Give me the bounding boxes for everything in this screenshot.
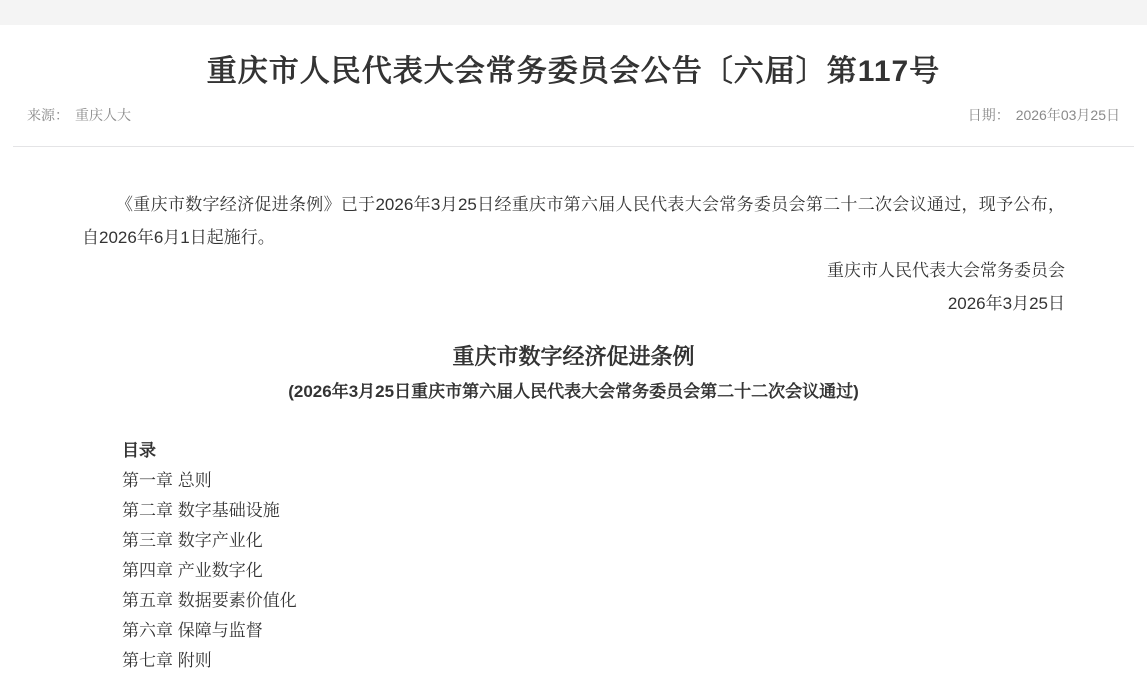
- toc-heading: 目录: [122, 436, 1065, 466]
- source-label: 来源：: [27, 105, 69, 125]
- toc-list: 第一章 总则 第二章 数字基础设施 第三章 数字产业化 第四章 产业数字化 第五…: [122, 466, 1065, 676]
- toc-item-chapter-5: 第五章 数据要素价值化: [122, 586, 1065, 616]
- table-of-contents: 目录 第一章 总则 第二章 数字基础设施 第三章 数字产业化 第四章 产业数字化…: [122, 436, 1065, 676]
- meta-row: 来源： 重庆人大 日期： 2026年03月25日: [0, 105, 1147, 125]
- toc-item-chapter-4: 第四章 产业数字化: [122, 556, 1065, 586]
- date-info: 日期： 2026年03月25日: [968, 105, 1120, 125]
- top-bar: [0, 0, 1147, 25]
- signature-date: 2026年3月25日: [82, 287, 1065, 320]
- announcement-paragraph: 《重庆市数字经济促进条例》已于2026年3月25日经重庆市第六届人民代表大会常务…: [82, 188, 1065, 254]
- toc-item-chapter-6: 第六章 保障与监督: [122, 616, 1065, 646]
- page-title: 重庆市人民代表大会常务委员会公告〔六届〕第117号: [0, 52, 1147, 92]
- regulation-subtitle: (2026年3月25日重庆市第六届人民代表大会常务委员会第二十二次会议通过): [82, 379, 1065, 405]
- regulation-title: 重庆市数字经济促进条例: [82, 342, 1065, 372]
- header-divider: [13, 146, 1134, 147]
- toc-item-chapter-2: 第二章 数字基础设施: [122, 496, 1065, 526]
- signature-block: 重庆市人民代表大会常务委员会 2026年3月25日: [82, 254, 1065, 320]
- source-value: 重庆人大: [75, 105, 131, 125]
- toc-item-chapter-7: 第七章 附则: [122, 646, 1065, 676]
- date-label: 日期：: [968, 105, 1010, 125]
- announcement-page: 重庆市人民代表大会常务委员会公告〔六届〕第117号 来源： 重庆人大 日期： 2…: [0, 0, 1147, 680]
- toc-item-chapter-1: 第一章 总则: [122, 466, 1065, 496]
- date-value: 2026年03月25日: [1016, 105, 1120, 125]
- signature-org: 重庆市人民代表大会常务委员会: [82, 254, 1065, 287]
- source-info: 来源： 重庆人大: [27, 105, 131, 125]
- document-body: 《重庆市数字经济促进条例》已于2026年3月25日经重庆市第六届人民代表大会常务…: [0, 188, 1147, 676]
- toc-item-chapter-3: 第三章 数字产业化: [122, 526, 1065, 556]
